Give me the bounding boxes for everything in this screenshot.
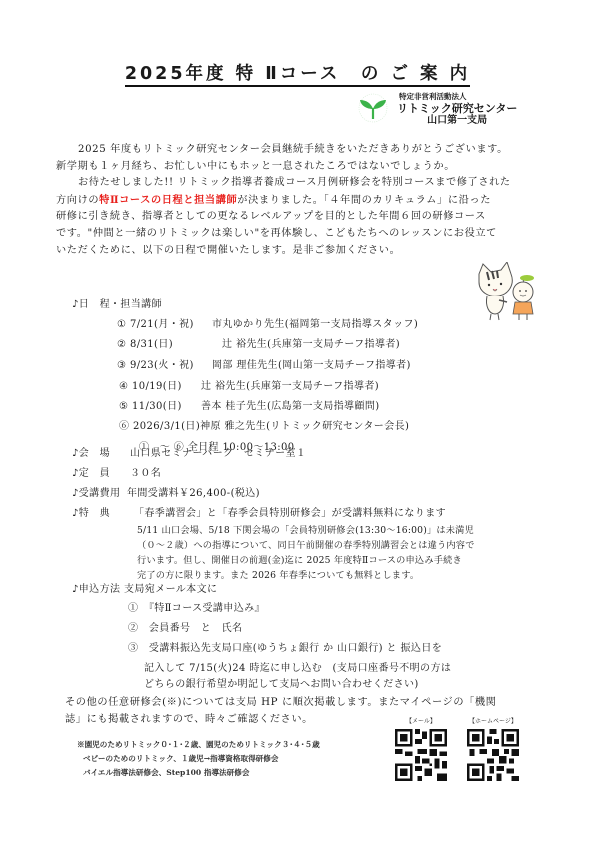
page-title: 2025年度 特 Ⅱコース の ご 案 内 [0,60,595,85]
organization-text: 特定非営利活動法人 リトミック研究センター 山口第一支局 [397,92,517,127]
application-step: ② 会員番号 と 氏名 [128,621,451,641]
sprout-logo-icon [357,92,389,124]
benefit-row: ♪特 典「春季講習会」と「春季会員特別研修会」が受講料無料になります [72,506,446,522]
qr-homepage-label: 【ホームページ】 [465,716,521,725]
intro-paragraph: 2025 年度もリトミック研究センター会員継続手続きをいただきありがとうございま… [64,142,544,259]
application-step-cont: 記入して 7/15(火)24 時迄に申し込む (支局口座番号不明の方は [128,661,451,677]
intro-line: お待たせしました!! リトミック指導者養成コース月例研修会を特別コースまで修了さ… [64,175,544,192]
qr-code-homepage[interactable]: 【ホームページ】 [467,728,519,782]
session-row: ① 7/21(月・祝)市丸ゆかり先生(福岡第一支局指導スタッフ) [117,317,418,333]
application-steps: ① 『特Ⅱコース受講申込み』 ② 会員番号 と 氏名 ③ 受講料振込先支局口座(… [128,601,451,693]
highlight-text: 特Ⅱコースの日程と担当講師 [99,194,237,206]
session-row: ⑤ 11/30(日)善本 桂子先生(広島第一支局指導顧問) [119,399,380,415]
session-row: ③ 9/23(火・祝)岡部 理佳先生(岡山第一支局チーフ指導者) [117,358,411,374]
application-step-cont: どちらの銀行希望か明記して支局へお問い合わせください) [128,677,451,693]
intro-line: です。"仲間と一緒のリトミックは楽しい"を再体験し、こどもたちへのレッスンにお役… [56,226,544,243]
intro-line: 2025 年度もリトミック研究センター会員継続手続きをいただきありがとうございま… [64,142,544,159]
qr-code-icon [467,728,519,782]
intro-line: 新学期も１ヶ月経ち、お忙しい中にもホッと一息されたころではないでしょうか。 [56,159,544,176]
session-row: ② 8/31(日)辻 裕先生(兵庫第一支局チーフ指導者) [117,337,400,353]
application-row: ♪申込方法 支局宛メール本文に [72,582,217,598]
qr-mail-label: 【メール】 [393,716,449,725]
org-name: リトミック研究センター [397,102,517,115]
session-row: ④ 10/19(日)辻 裕先生(兵庫第一支局チーフ指導者) [119,379,379,395]
intro-line: いただくために、以下の日程で開催いたします。是非ご参加ください。 [56,243,544,260]
schedule-heading: ♪日 程・担当講師 [72,297,162,313]
qr-code-mail[interactable]: 【メール】 [395,728,447,782]
venue-row: ♪会 場山口県セミナーパーク セミナー室１ [72,446,306,462]
session-row: ⑥ 2026/3/1(日)神原 雅之先生(リトミック研究センター会長) [119,419,409,435]
footer-notes: ※園児のためリトミック０･１･２歳、園児のためリトミック３･４･５歳 ベビーのた… [77,738,320,780]
intro-line: 研修に引き続き、指導者としての更なるレベルアップを目的とした年間６回の研修コース [56,209,544,226]
cat-mascot-illustration-icon [465,262,550,322]
capacity-row: ♪定 員３０名 [72,466,161,482]
qr-code-icon [395,728,447,782]
benefit-notes: 5/11 山口会場、5/18 下関会場の「会員特別研修会(13:30～16:00… [137,523,475,583]
intro-line: 方向けの特Ⅱコースの日程と担当講師が決まりました。「４年間のカリキュラム」に沿っ… [56,192,544,210]
org-subtitle: 特定非営利活動法人 [397,92,517,102]
application-step: ① 『特Ⅱコース受講申込み』 [128,601,451,621]
fee-row: ♪受講費用年間受講料￥26,400-(税込) [72,486,260,502]
org-branch: 山口第一支局 [397,115,517,127]
organization-block: 特定非営利活動法人 リトミック研究センター 山口第一支局 [357,92,557,132]
application-step: ③ 受講料振込先支局口座(ゆうちょ銀行 か 山口銀行) と 振込日を [128,641,451,661]
